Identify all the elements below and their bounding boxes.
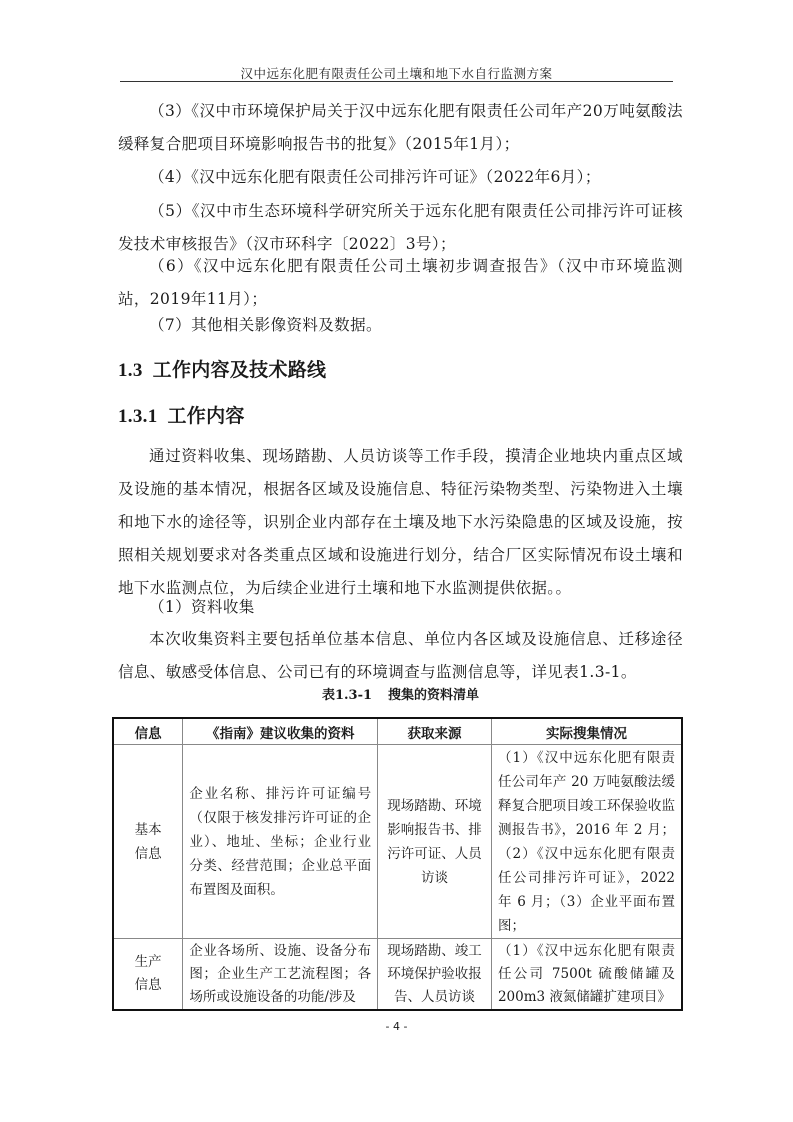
reference-text: 《汉中市生态环境科学研究所关于远东化肥有限责任公司排污许可证核发技术审核报告》（… [118,202,683,253]
section-heading: 1.3工作内容及技术路线 [118,355,326,382]
cell-source: 现场踏勘、竣工环境保护验收报告、人员访谈 [378,939,492,1011]
data-collection-item: （1）资料收集 [118,591,683,624]
header-divider [120,81,673,82]
reference-text: 其他相关影像资料及数据。 [191,316,382,334]
reference-label: （3） [149,102,191,120]
reference-text: 《汉中远东化肥有限责任公司土壤初步调查报告》（汉中市环境监测站，2019年11月… [118,257,683,308]
reference-label: （5） [149,202,192,220]
reference-label: （7） [149,316,191,334]
table-caption-title: 搜集的资料清单 [388,688,479,703]
column-header-guide: 《指南》建议收集的资料 [183,718,378,745]
cell-info-line: 生产 [120,951,176,974]
cell-actual: （1）《汉中远东化肥有限责任公司 7500t 硫酸储罐及 200m3 液氮储罐扩… [491,939,682,1011]
reference-item-6: （6）《汉中远东化肥有限责任公司土壤初步调查报告》（汉中市环境监测站，2019年… [118,250,683,316]
table-row: 生产 信息 企业各场所、设施、设备分布图；企业生产工艺流程图；各场所或设施设备的… [113,939,682,1011]
reference-label: （6） [149,257,194,275]
cell-actual: （1）《汉中远东化肥有限责任公司年产 20 万吨氨酸法缓释复合肥项目竣工环保验收… [491,745,682,939]
reference-text: 《汉中远东化肥有限责任公司排污许可证》（2022年6月）； [191,168,601,186]
page-number: - 4 - [0,1020,793,1033]
cell-info-line: 信息 [120,974,176,997]
cell-guide: 企业各场所、设施、设备分布图；企业生产工艺流程图；各场所或设施设备的功能/涉及 [183,939,378,1011]
reference-text: 《汉中市环境保护局关于汉中远东化肥有限责任公司年产20万吨氨酸法缓释复合肥项目环… [118,102,683,153]
subsection-number: 1.3.1 [118,406,158,427]
reference-item-4: （4）《汉中远东化肥有限责任公司排污许可证》（2022年6月）； [118,161,683,194]
reference-item-3: （3）《汉中市环境保护局关于汉中远东化肥有限责任公司年产20万吨氨酸法缓释复合肥… [118,95,683,161]
section-number: 1.3 [118,360,143,381]
cell-info: 基本 信息 [113,745,183,939]
column-header-source: 获取来源 [378,718,492,745]
cell-source: 现场踏勘、环境影响报告书、排污许可证、人员访谈 [378,745,492,939]
column-header-actual: 实际搜集情况 [491,718,682,745]
table-caption-number: 表1.3-1 [322,688,372,703]
cell-info-line: 基本 [120,818,176,842]
data-collection-table: 信息 《指南》建议收集的资料 获取来源 实际搜集情况 基本 信息 企业名称、排污… [112,717,683,1011]
subsection-title: 工作内容 [168,406,245,427]
column-header-info: 信息 [113,718,183,745]
table-header-row: 信息 《指南》建议收集的资料 获取来源 实际搜集情况 [113,718,682,745]
cell-guide: 企业名称、排污许可证编号（仅限于核发排污许可证的企业）、地址、坐标；企业行业分类… [183,745,378,939]
section-title: 工作内容及技术路线 [153,360,327,381]
cell-info: 生产 信息 [113,939,183,1011]
table-row: 基本 信息 企业名称、排污许可证编号（仅限于核发排污许可证的企业）、地址、坐标；… [113,745,682,939]
page-header-title: 汉中远东化肥有限责任公司土壤和地下水自行监测方案 [120,64,673,82]
cell-info-line: 信息 [120,842,176,866]
table-caption: 表1.3-1搜集的资料清单 [118,684,683,703]
subsection-heading: 1.3.1工作内容 [118,401,245,428]
reference-label: （4） [149,168,191,186]
reference-item-7: （7）其他相关影像资料及数据。 [118,309,683,342]
data-collection-paragraph: 本次收集资料主要包括单位基本信息、单位内各区域及设施信息、迁移途径信息、敏感受体… [118,623,683,689]
work-content-paragraph: 通过资料收集、现场踏勘、人员访谈等工作手段，摸清企业地块内重点区域及设施的基本情… [118,440,683,605]
